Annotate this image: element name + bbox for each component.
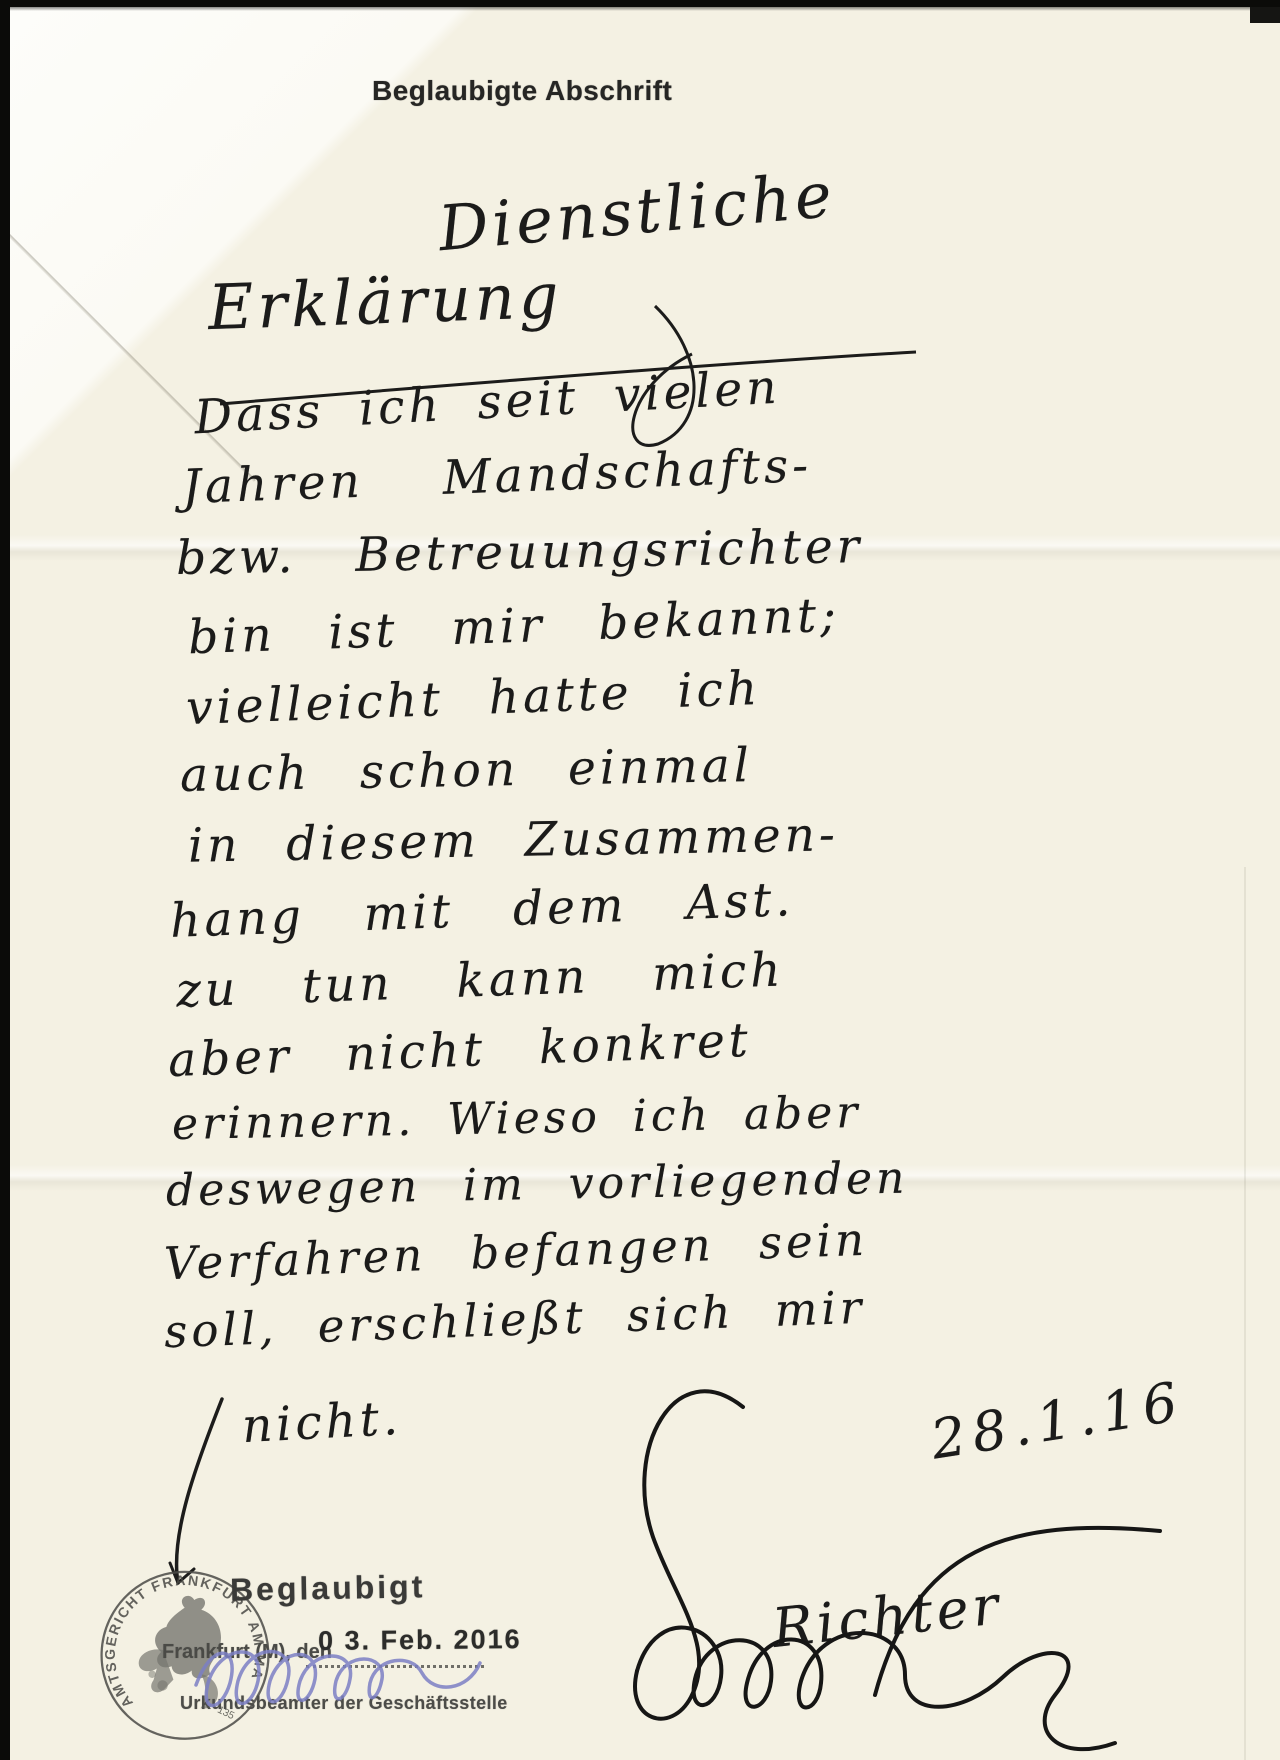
- handwritten-line: zu tun kann mich: [175, 942, 785, 1018]
- handwritten-line: hang mit dem Ast.: [169, 872, 795, 949]
- beglaubigt-stamp-label: Beglaubigt: [230, 1568, 426, 1608]
- handwritten-line: in diesem Zusammen-: [188, 807, 840, 873]
- handwritten-line: deswegen im vorliegenden: [166, 1153, 909, 1217]
- signature-scribble: [575, 1365, 1195, 1760]
- handwritten-title-line: Dienstliche: [436, 158, 839, 265]
- document-type-header: Beglaubigte Abschrift: [372, 75, 672, 107]
- handwritten-line: aber nicht konkret: [167, 1013, 752, 1088]
- handwritten-line: erinnern. Wieso ich aber: [172, 1087, 862, 1150]
- handwritten-line: bin ist mir bekannt;: [187, 588, 841, 666]
- paper-edge-shadow: [1244, 867, 1246, 1760]
- scan-edge-shadow: [10, 7, 1280, 11]
- paper-sheet: Beglaubigte Abschrift Dienstliche Erklär…: [10, 7, 1280, 1760]
- handwritten-line: auch schon einmal: [180, 738, 754, 803]
- scanned-document-page: { "doc": { "header_label": "Beglaubigte …: [0, 0, 1280, 1760]
- handwritten-line: Verfahren befangen sein: [163, 1213, 869, 1291]
- handwritten-line: soll, erschließt sich mir: [163, 1281, 866, 1358]
- scan-edge-artifact: [1250, 7, 1280, 23]
- handwritten-line: vielleicht hatte ich: [185, 661, 762, 736]
- handwritten-line: bzw. Betreuungsrichter: [176, 519, 864, 586]
- clerk-signature-scribble: [168, 1619, 518, 1729]
